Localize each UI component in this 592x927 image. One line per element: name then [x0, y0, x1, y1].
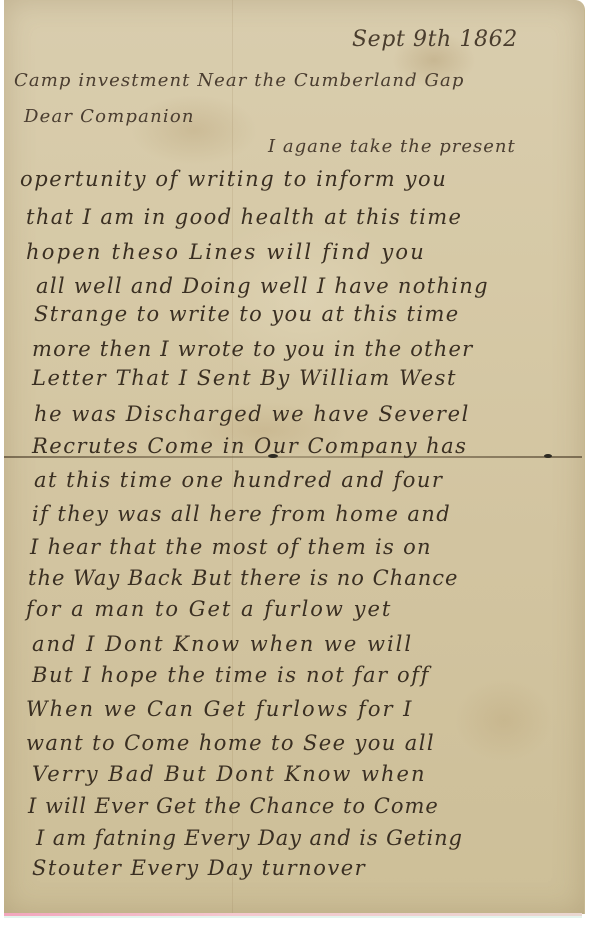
letter-line: at this time one hundred and four	[34, 468, 443, 492]
letter-date: Sept 9th 1862	[352, 27, 518, 52]
letter-line: Strange to write to you at this time	[34, 302, 460, 326]
letter-line: if they was all here from home and	[32, 502, 451, 526]
letter-line: all well and Doing well I have nothing	[36, 274, 489, 298]
ink-blot-mark	[544, 454, 552, 458]
letter-line: Letter That I Sent By William West	[32, 366, 457, 390]
letter-line: Verry Bad But Dont Know when	[32, 762, 427, 786]
letter-line: I agane take the present	[268, 136, 516, 157]
letter-line: opertunity of writing to inform you	[20, 167, 447, 191]
letter-line: for a man to Get a furlow yet	[26, 597, 392, 621]
letter-line: want to Come home to See you all	[26, 731, 435, 755]
letter-line: I am fatning Every Day and is Geting	[36, 826, 463, 850]
letter-line: When we Can Get furlows for I	[26, 697, 413, 721]
letter-line: that I am in good health at this time	[26, 205, 462, 229]
letter-line: I hear that the most of them is on	[30, 535, 432, 559]
letter-line: hopen theso Lines will find you	[26, 240, 426, 264]
letter-line: Recrutes Come in Our Company has	[32, 434, 467, 458]
letter-line: and I Dont Know when we will	[32, 632, 413, 656]
letter-line: he was Discharged we have Severel	[34, 402, 470, 426]
letter-line: Stouter Every Day turnover	[32, 856, 366, 880]
letter-line: the Way Back But there is no Chance	[28, 566, 458, 590]
scan-edge	[4, 916, 582, 918]
letter-location: Camp investment Near the Cumberland Gap	[14, 70, 464, 91]
letter-salutation: Dear Companion	[24, 106, 195, 127]
letter-line: But I hope the time is not far off	[32, 663, 430, 687]
letter-line: more then I wrote to you in the other	[32, 337, 473, 361]
letter-line: I will Ever Get the Chance to Come	[28, 794, 439, 818]
